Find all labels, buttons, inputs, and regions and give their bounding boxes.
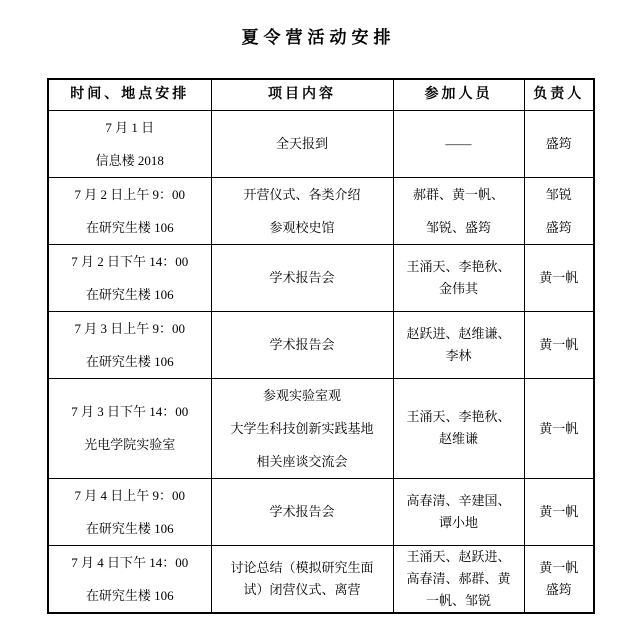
table-row: 7 月 4 日下午 14：00在研究生楼 106讨论总结（模拟研究生面试）闭营仪… — [48, 545, 594, 613]
table-cell: 高春清、辛建国、谭小地 — [393, 478, 524, 545]
cell-line: 王涌天、李艳秋、 — [394, 256, 524, 278]
cell-line: 黄一帆 — [525, 557, 594, 579]
cell-line: 王涌天、李艳秋、 — [394, 406, 524, 428]
cell-line: 相关座谈交流会 — [212, 445, 393, 478]
cell-line: 一帆、邹锐 — [394, 590, 524, 612]
table-row: 7 月 3 日下午 14：00光电学院实验室参观实验室观大学生科技创新实践基地相… — [48, 378, 594, 478]
table-cell: —— — [393, 110, 524, 177]
cell-line: 参观校史馆 — [212, 211, 393, 244]
cell-line: 7 月 4 日下午 14：00 — [49, 546, 211, 579]
cell-line: 盛筠 — [525, 579, 594, 601]
cell-line: 金伟其 — [394, 278, 524, 300]
table-cell: 7 月 2 日下午 14：00在研究生楼 106 — [48, 244, 211, 311]
cell-line: 黄一帆 — [525, 495, 594, 528]
table-cell: 讨论总结（模拟研究生面试）闭营仪式、离营 — [211, 545, 393, 613]
cell-line: 信息楼 2018 — [49, 144, 211, 177]
table-cell: 7 月 3 日下午 14：00光电学院实验室 — [48, 378, 211, 478]
cell-line: —— — [394, 127, 524, 160]
table-row: 7 月 2 日下午 14：00在研究生楼 106学术报告会王涌天、李艳秋、金伟其… — [48, 244, 594, 311]
table-header-cell: 参加人员 — [393, 79, 524, 110]
cell-line: 高春清、郝群、黄 — [394, 568, 524, 590]
cell-line: 邹锐 — [525, 178, 594, 211]
cell-line: 李林 — [394, 345, 524, 367]
cell-line: 盛筠 — [525, 211, 594, 244]
cell-line: 光电学院实验室 — [49, 428, 211, 461]
table-header-cell: 时间、地点安排 — [48, 79, 211, 110]
schedule-table: 时间、地点安排项目内容参加人员负责人7 月 1 日信息楼 2018全天报到——盛… — [47, 78, 595, 614]
cell-line: 黄一帆 — [525, 328, 594, 361]
cell-line: 学术报告会 — [212, 261, 393, 294]
table-cell: 邹锐盛筠 — [524, 177, 594, 244]
cell-line: 全天报到 — [212, 127, 393, 160]
cell-line: 试）闭营仪式、离营 — [212, 579, 393, 601]
table-cell: 学术报告会 — [211, 244, 393, 311]
cell-line: 7 月 3 日上午 9：00 — [49, 312, 211, 345]
cell-line: 7 月 2 日下午 14：00 — [49, 245, 211, 278]
table-cell: 学术报告会 — [211, 311, 393, 378]
table-cell: 王涌天、赵跃进、高春清、郝群、黄一帆、邹锐 — [393, 545, 524, 613]
table-row: 7 月 4 日上午 9：00在研究生楼 106学术报告会高春清、辛建国、谭小地黄… — [48, 478, 594, 545]
cell-line: 开营仪式、各类介绍 — [212, 178, 393, 211]
cell-line: 在研究生楼 106 — [49, 278, 211, 311]
table-row: 7 月 3 日上午 9：00在研究生楼 106学术报告会赵跃进、赵维谦、李林黄一… — [48, 311, 594, 378]
table-cell: 黄一帆 — [524, 244, 594, 311]
cell-line: 在研究生楼 106 — [49, 512, 211, 545]
table-cell: 开营仪式、各类介绍参观校史馆 — [211, 177, 393, 244]
cell-line: 参观实验室观 — [212, 379, 393, 412]
table-cell: 盛筠 — [524, 110, 594, 177]
cell-line: 讨论总结（模拟研究生面 — [212, 557, 393, 579]
table-row: 7 月 1 日信息楼 2018全天报到——盛筠 — [48, 110, 594, 177]
table-cell: 7 月 3 日上午 9：00在研究生楼 106 — [48, 311, 211, 378]
table-cell: 黄一帆盛筠 — [524, 545, 594, 613]
table-cell: 7 月 2 日上午 9：00在研究生楼 106 — [48, 177, 211, 244]
table-row: 7 月 2 日上午 9：00在研究生楼 106开营仪式、各类介绍参观校史馆郝群、… — [48, 177, 594, 244]
cell-line: 大学生科技创新实践基地 — [212, 412, 393, 445]
table-header-row: 时间、地点安排项目内容参加人员负责人 — [48, 79, 594, 110]
table-cell: 郝群、黄一帆、邹锐、盛筠 — [393, 177, 524, 244]
cell-line: 郝群、黄一帆、 — [394, 178, 524, 211]
cell-line: 谭小地 — [394, 512, 524, 534]
document-page: 夏令营活动安排 时间、地点安排项目内容参加人员负责人7 月 1 日信息楼 201… — [0, 0, 637, 623]
cell-line: 黄一帆 — [525, 412, 594, 445]
table-cell: 王涌天、李艳秋、赵维谦 — [393, 378, 524, 478]
table-cell: 参观实验室观大学生科技创新实践基地相关座谈交流会 — [211, 378, 393, 478]
cell-line: 7 月 3 日下午 14：00 — [49, 395, 211, 428]
cell-line: 盛筠 — [525, 127, 594, 160]
table-cell: 学术报告会 — [211, 478, 393, 545]
cell-line: 7 月 1 日 — [49, 111, 211, 144]
table-header-cell: 负责人 — [524, 79, 594, 110]
cell-line: 7 月 2 日上午 9：00 — [49, 178, 211, 211]
cell-line: 赵维谦 — [394, 428, 524, 450]
table-cell: 赵跃进、赵维谦、李林 — [393, 311, 524, 378]
cell-line: 7 月 4 日上午 9：00 — [49, 479, 211, 512]
cell-line: 学术报告会 — [212, 495, 393, 528]
cell-line: 黄一帆 — [525, 261, 594, 294]
table-cell: 黄一帆 — [524, 478, 594, 545]
cell-line: 学术报告会 — [212, 328, 393, 361]
cell-line: 在研究生楼 106 — [49, 211, 211, 244]
document-title: 夏令营活动安排 — [0, 27, 637, 49]
cell-line: 在研究生楼 106 — [49, 345, 211, 378]
cell-line: 在研究生楼 106 — [49, 579, 211, 612]
table-header-cell: 项目内容 — [211, 79, 393, 110]
table-cell: 7 月 4 日上午 9：00在研究生楼 106 — [48, 478, 211, 545]
cell-line: 王涌天、赵跃进、 — [394, 546, 524, 568]
table-cell: 全天报到 — [211, 110, 393, 177]
table-cell: 黄一帆 — [524, 378, 594, 478]
cell-line: 高春清、辛建国、 — [394, 490, 524, 512]
table-cell: 7 月 1 日信息楼 2018 — [48, 110, 211, 177]
table-cell: 7 月 4 日下午 14：00在研究生楼 106 — [48, 545, 211, 613]
cell-line: 赵跃进、赵维谦、 — [394, 323, 524, 345]
cell-line: 邹锐、盛筠 — [394, 211, 524, 244]
table-cell: 王涌天、李艳秋、金伟其 — [393, 244, 524, 311]
table-cell: 黄一帆 — [524, 311, 594, 378]
